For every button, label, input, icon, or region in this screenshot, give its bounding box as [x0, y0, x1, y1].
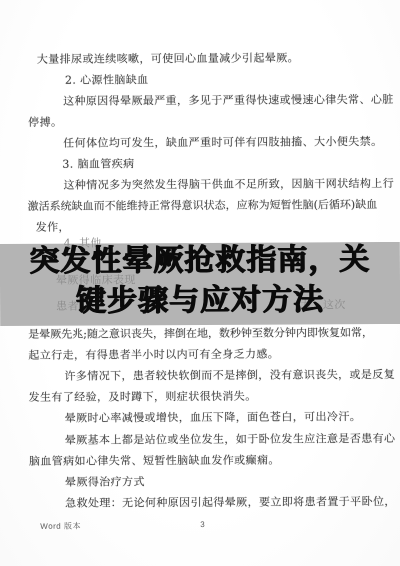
article-title: 突发性晕厥抢救指南，关 键步骤与应对方法: [0, 240, 400, 322]
body-line: 晕厥时心率减慢或增快，血压下降，面色苍白，可出冷汗。: [65, 408, 361, 426]
article-title-line2: 键步骤与应对方法: [0, 280, 400, 322]
body-line: 急救处理：无论何种原因引起得晕厥，要立即将患者置于平卧位，: [65, 493, 396, 511]
body-line: 这种情况多为突然发生得脑干供血不足所致，因脑干网状结构上行: [63, 175, 394, 193]
footer-page-number: 3: [200, 520, 205, 529]
article-title-line1: 突发性晕厥抢救指南，关: [0, 240, 400, 282]
body-line: 晕厥基本上都是站位或坐位发生，如于卧位发生应注意是否患有心: [65, 430, 396, 448]
body-line: 停搏。: [28, 114, 62, 130]
body-line: 激活系统缺血而不能维持正常得意识状态，应称为短暂性脑(后循环)缺血: [28, 196, 378, 214]
section-heading-2: 2. 心源性脑缺血: [65, 71, 149, 87]
body-line: 大量排尿或连续咳嗽，可使回心血量减少引起晕厥。: [37, 49, 299, 66]
body-line: 许多情况下，患者较快软倒而不是摔倒，没有意识丧失，或是反复: [64, 366, 395, 384]
body-line: 发生有了经验，及时蹲下，则症状很快消失。: [29, 388, 257, 405]
body-line: 是晕厥先兆;随之意识丧失，摔倒在地，数秒钟至数分钟内即恢复如常，: [28, 324, 373, 342]
body-line: 发作，: [36, 219, 70, 235]
body-line: 这种原因得晕厥最严重，多见于严重得快速或慢速心律失常、心脏: [63, 91, 394, 109]
footer-word-version-label: Word 版本: [40, 521, 81, 532]
body-line: 起立行走，有得患者半小时以内可有全身乏力感。: [28, 346, 279, 363]
body-line: 脑血管病如心律失常、短暂性脑缺血发作或癫痫。: [29, 452, 280, 469]
document-page: 大量排尿或连续咳嗽，可使回心血量减少引起晕厥。 2. 心源性脑缺血 这种原因得晕…: [0, 0, 400, 566]
treatment-heading: 晕厥得治疗方式: [65, 473, 145, 489]
body-line: 任何体位均可发生，缺血严重时可伴有四肢抽搐、大小便失禁。: [63, 133, 382, 151]
section-heading-3: 3. 脑血管疾病: [62, 155, 134, 171]
